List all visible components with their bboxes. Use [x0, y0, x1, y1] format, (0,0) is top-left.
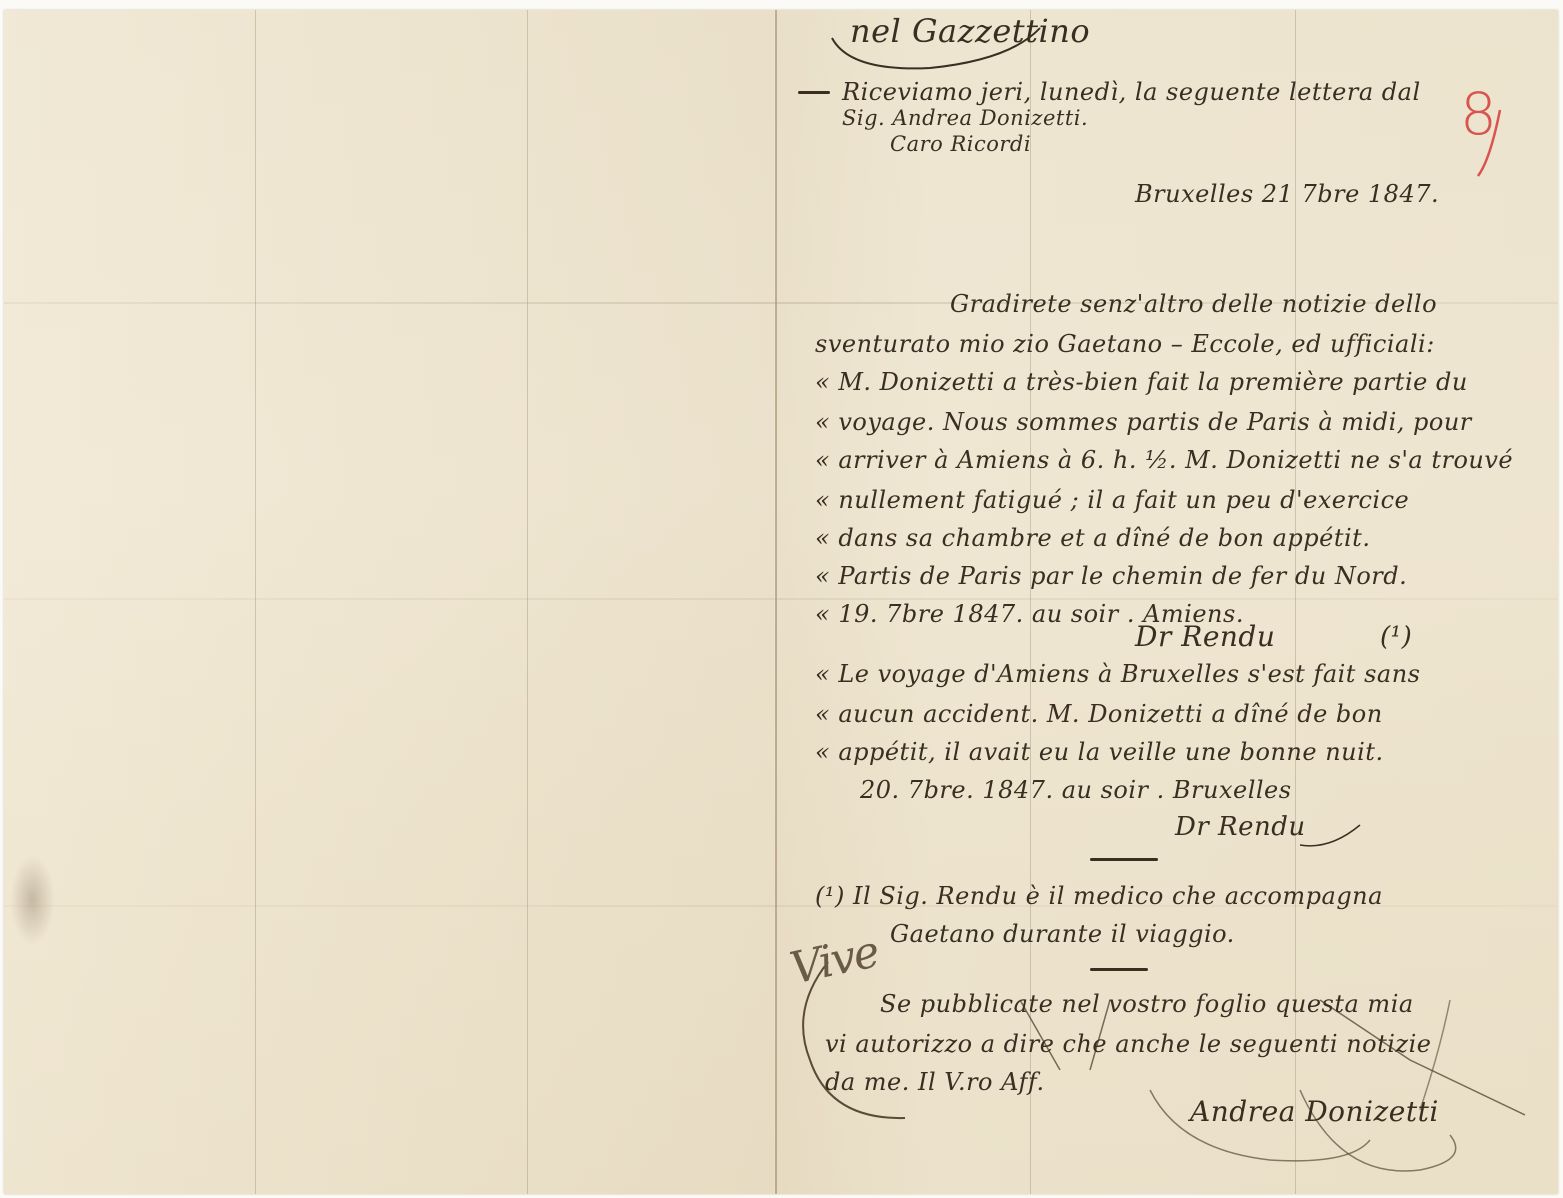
footnote-line: (¹) Il Sig. Rendu è il medico che accomp…: [815, 882, 1383, 910]
body-line: sventurato mio zio Gaetano – Eccole, ed …: [815, 330, 1435, 358]
closing-line: da me. Il V.ro Aff.: [825, 1068, 1045, 1096]
blank-left-page: [4, 10, 774, 1194]
closing-line: vi autorizzo a dire che anche le seguent…: [825, 1030, 1431, 1058]
separator: [1090, 858, 1158, 861]
ink-stain: [10, 855, 55, 945]
intro-line: Riceviamo jeri, lunedì, la seguente lett…: [842, 78, 1421, 106]
body-line: « appétit, il avait eu la veille une bon…: [815, 738, 1384, 766]
body-line: « dans sa chambre et a dîné de bon appét…: [815, 524, 1370, 552]
body-line: « Partis de Paris par le chemin de fer d…: [815, 562, 1407, 590]
archive-number-mark: 8: [1460, 80, 1497, 148]
gazzettino-heading: nel Gazzettino: [850, 12, 1090, 50]
signature-donizetti: Andrea Donizetti: [1190, 1095, 1439, 1128]
intro-line: Sig. Andrea Donizetti.: [842, 106, 1088, 130]
date-line: 20. 7bre. 1847. au soir . Bruxelles: [860, 776, 1292, 804]
body-line: « Le voyage d'Amiens à Bruxelles s'est f…: [815, 660, 1420, 688]
center-fold: [775, 10, 777, 1194]
dash-mark: [798, 91, 830, 94]
closing-line: Se pubblicate nel vostro foglio questa m…: [880, 990, 1414, 1018]
body-line: « M. Donizetti a très-bien fait la premi…: [815, 368, 1468, 396]
body-line: « nullement fatigué ; il a fait un peu d…: [815, 486, 1409, 514]
fold-line: [255, 10, 256, 1194]
salutation: Caro Ricordi: [890, 132, 1031, 156]
signature-rendu: Dr Rendu: [1135, 620, 1275, 653]
footnote-line: Gaetano durante il viaggio.: [890, 920, 1235, 948]
fold-line: [527, 10, 528, 1194]
horizontal-fold: [4, 598, 1558, 600]
signature-rendu: Dr Rendu: [1175, 812, 1306, 842]
body-line: Gradirete senz'altro delle notizie dello: [950, 290, 1437, 318]
body-line: « arriver à Amiens à 6. h. ½. M. Donizet…: [815, 446, 1513, 474]
separator: [1090, 968, 1148, 971]
body-line: « voyage. Nous sommes partis de Paris à …: [815, 408, 1472, 436]
dateline: Bruxelles 21 7bre 1847.: [1135, 180, 1439, 208]
body-line: « aucun accident. M. Donizetti a dîné de…: [815, 700, 1383, 728]
footnote-marker: (¹): [1380, 622, 1412, 652]
